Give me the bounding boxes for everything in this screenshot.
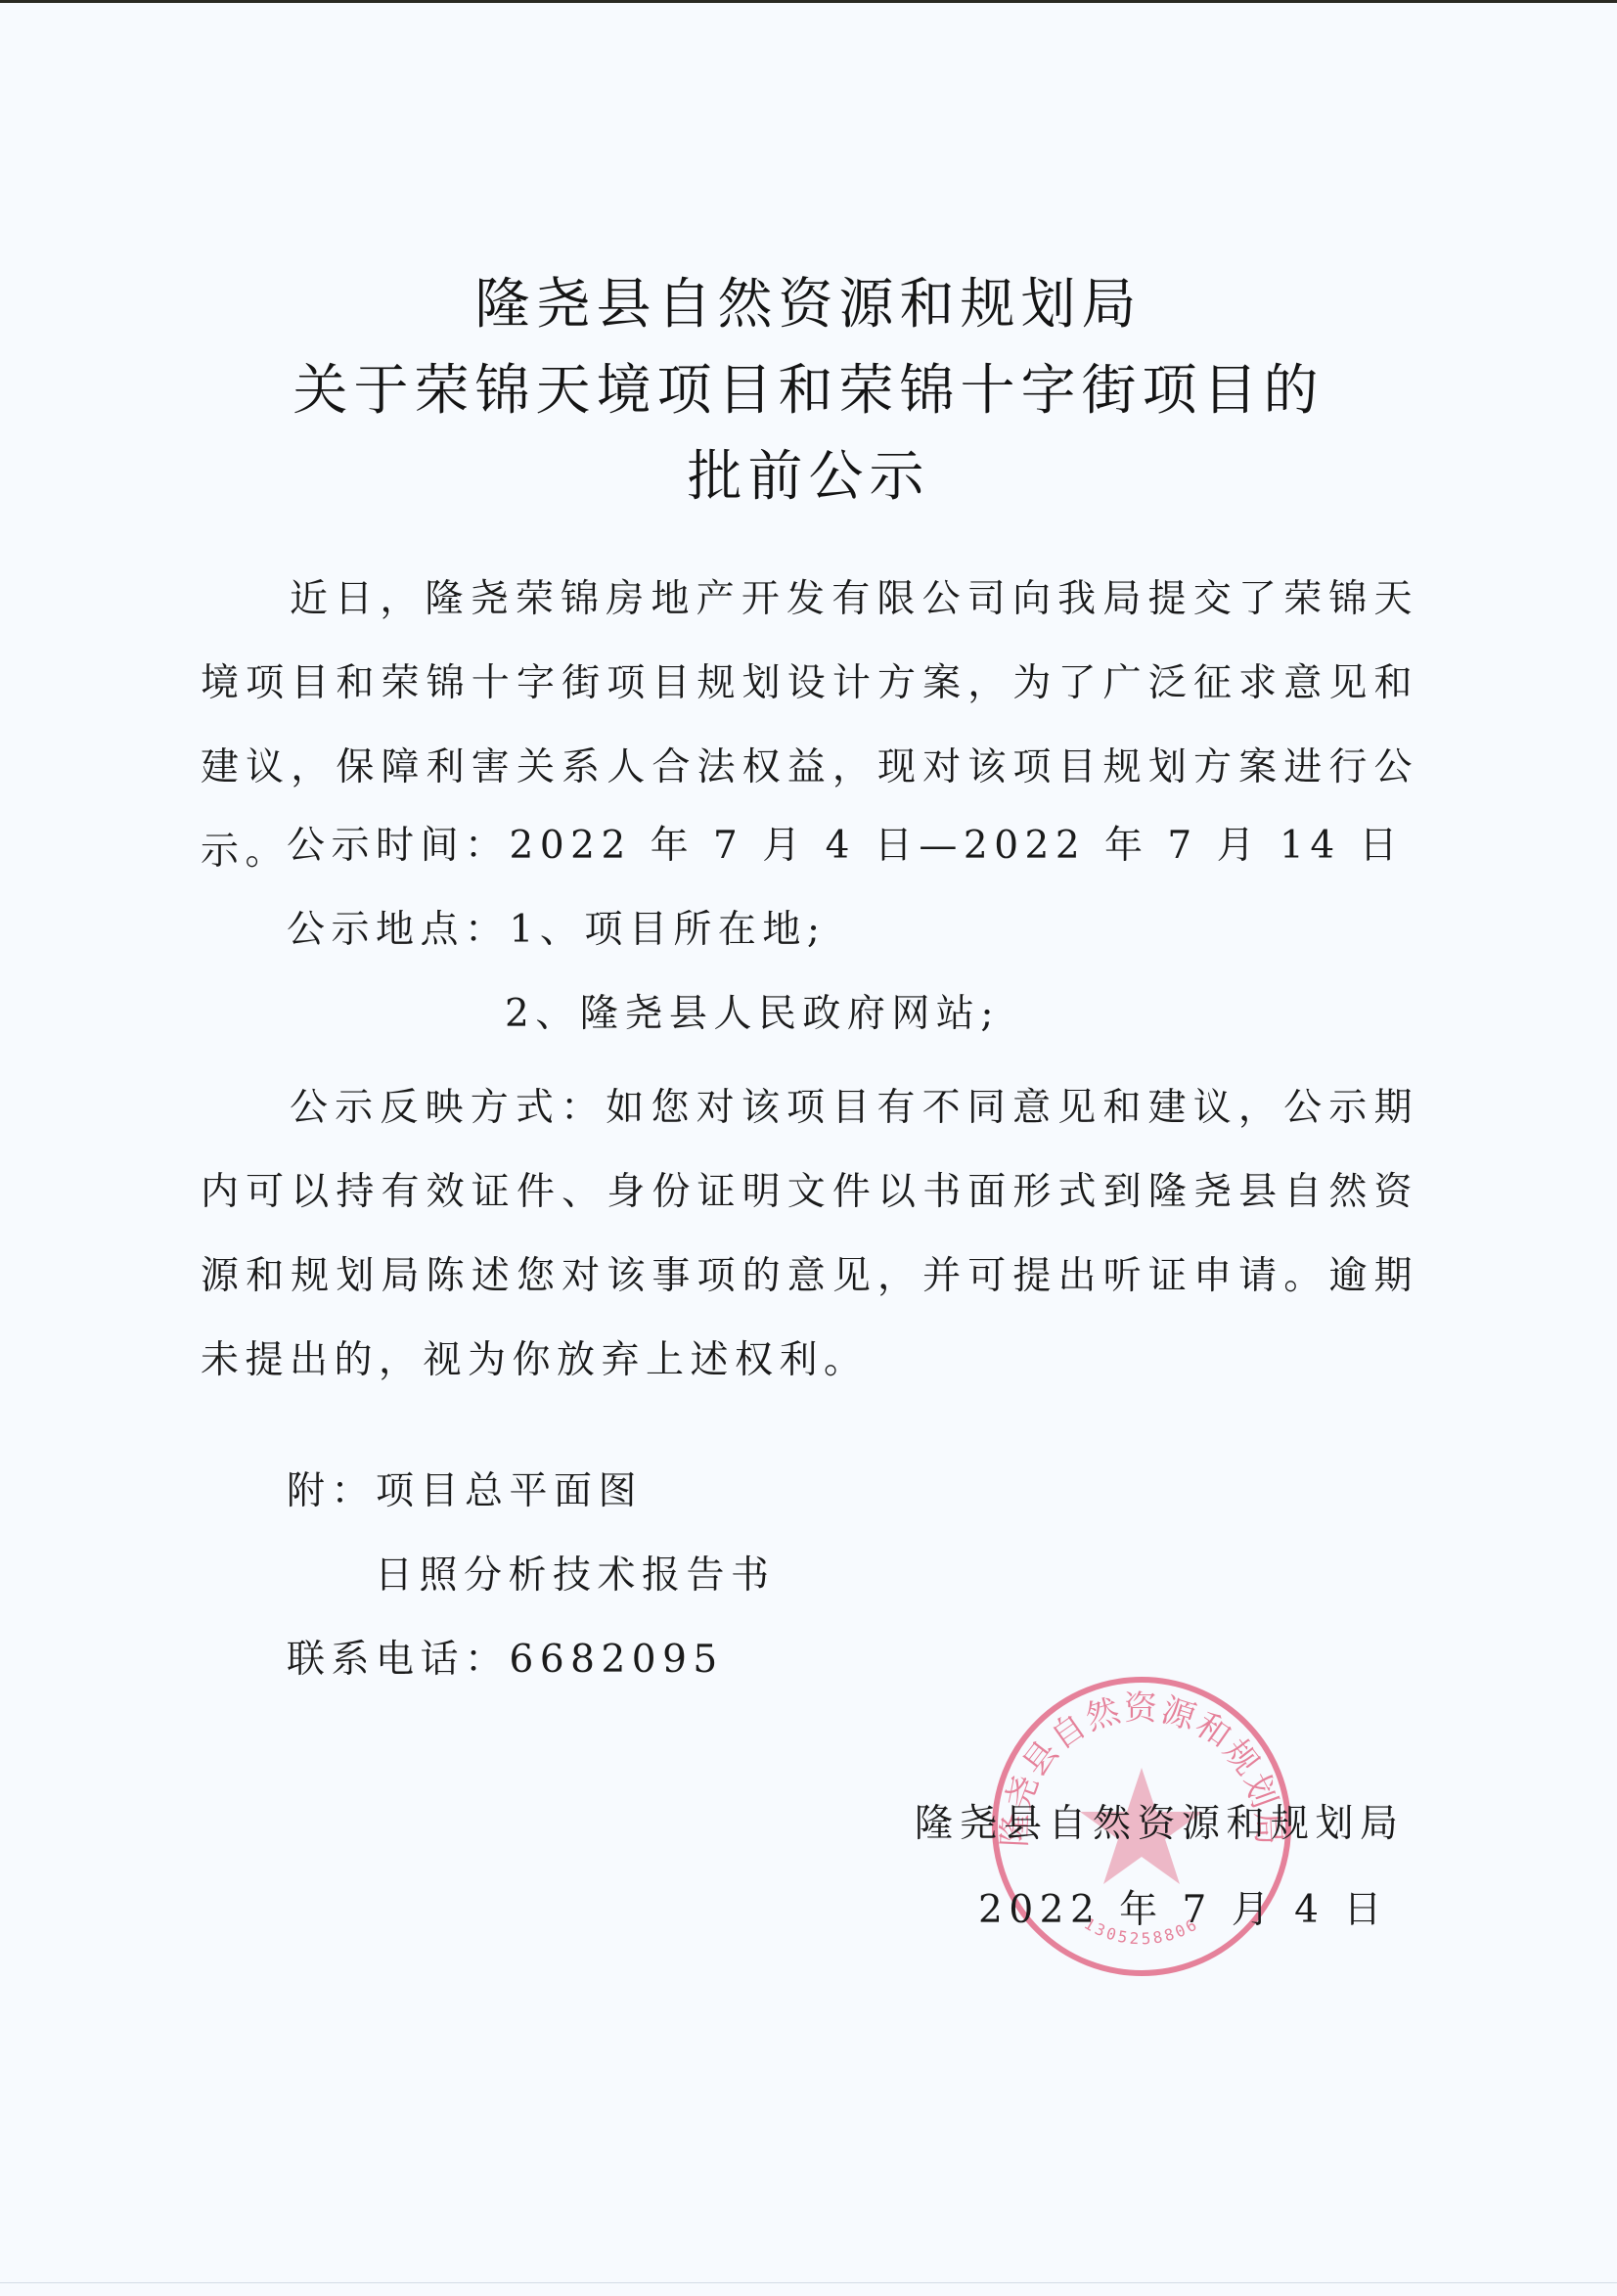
contact-label: 联系电话：: [287, 1638, 510, 1682]
page-bottom-rule: [0, 2282, 1617, 2283]
attachments: 附：项目总平面图: [287, 1467, 643, 1516]
attachment-item-2: 日照分析技术报告书: [375, 1552, 776, 1600]
publicity-time-value: 2022 年 7 月 4 日—2022 年 7 月 14 日: [510, 824, 1405, 868]
contact-phone: 6682095: [510, 1638, 724, 1682]
feedback-paragraph: 公示反映方式：如您对该项目有不同意见和建议，公示期内可以持有效证件、身份证明文件…: [201, 1066, 1418, 1403]
publicity-time: 公示时间：2022 年 7 月 4 日—2022 年 7 月 14 日: [287, 822, 1404, 871]
publicity-location-label: 公示地点：: [287, 908, 510, 952]
attachments-label: 附：: [287, 1469, 376, 1513]
publicity-location-item-1: 1、项目所在地;: [510, 908, 827, 952]
title-line-3: 批前公示: [0, 434, 1617, 520]
title-line-1: 隆尧县自然资源和规划局: [0, 262, 1617, 348]
signature-date: 2022 年 7 月 4 日: [978, 1886, 1388, 1935]
title-line-2: 关于荣锦天境项目和荣锦十字街项目的: [0, 348, 1617, 434]
publicity-location-item-2: 2、隆尧县人民政府网站;: [505, 990, 1000, 1039]
publicity-location: 公示地点：1、项目所在地;: [287, 906, 826, 955]
contact: 联系电话：6682095: [287, 1636, 724, 1685]
page-top-border: [0, 0, 1617, 3]
publicity-time-label: 公示时间：: [287, 824, 510, 868]
document-title: 隆尧县自然资源和规划局 关于荣锦天境项目和荣锦十字街项目的 批前公示: [0, 262, 1617, 520]
attachment-item-1: 项目总平面图: [376, 1469, 643, 1513]
signature-organization: 隆尧县自然资源和规划局: [915, 1800, 1405, 1849]
